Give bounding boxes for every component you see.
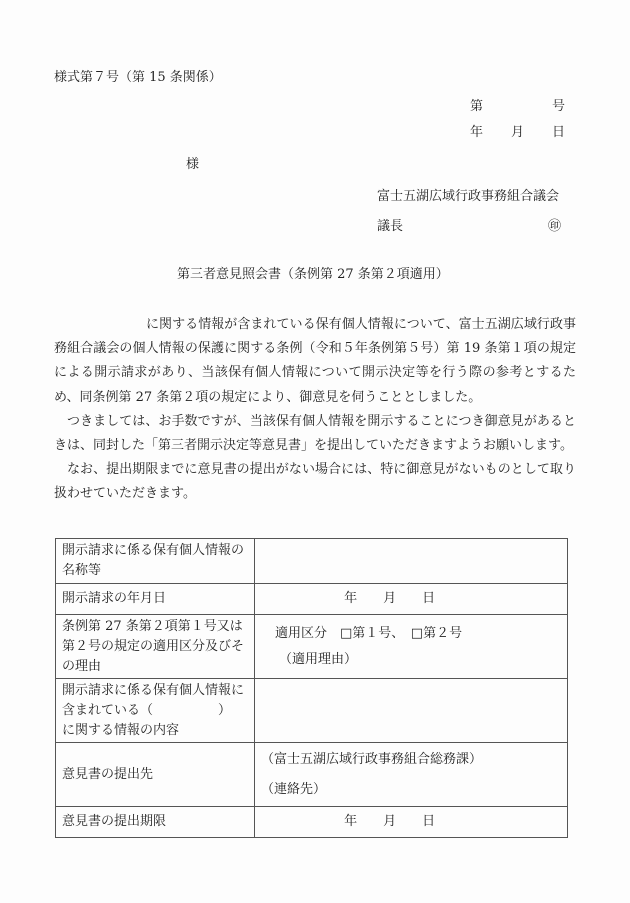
row-value[interactable]: 年 月 日 bbox=[255, 807, 568, 838]
row-value[interactable]: （富士五湖広域行政事務組合総務課） （連絡先） bbox=[255, 743, 568, 807]
table-row: 意見書の提出先 （富士五湖広域行政事務組合総務課） （連絡先） bbox=[56, 743, 568, 807]
row-label: 開示請求に係る保有個人情報の名称等 bbox=[56, 539, 255, 584]
row-label: 開示請求の年月日 bbox=[56, 584, 255, 615]
date-day: 日 bbox=[552, 125, 565, 141]
submission-office: （富士五湖広域行政事務組合総務課） bbox=[261, 750, 561, 770]
paragraph-2: つきましては、お手数ですが、当該保有個人情報を開示することにつき御意見があるとき… bbox=[54, 410, 576, 458]
row-value[interactable]: 年 月 日 bbox=[255, 584, 568, 615]
table-row: 開示請求に係る保有個人情報の名称等 bbox=[56, 539, 568, 584]
row-value[interactable]: 適用区分 □第１号、 □第２号 （適用理由） bbox=[255, 615, 568, 679]
row-label: 意見書の提出先 bbox=[56, 743, 255, 807]
row-value[interactable] bbox=[255, 679, 568, 743]
table-row: 条例第 27 条第２項第１号又は第２号の規定の適用区分及びその理由 適用区分 □… bbox=[56, 615, 568, 679]
table-row: 開示請求の年月日 年 月 日 bbox=[56, 584, 568, 615]
row-value[interactable] bbox=[255, 539, 568, 584]
form-id: 様式第７号（第 15 条関係） bbox=[54, 70, 222, 86]
addressee: 様 bbox=[186, 157, 199, 173]
row-label: 条例第 27 条第２項第１号又は第２号の規定の適用区分及びその理由 bbox=[56, 615, 255, 679]
body-text: に関する情報が含まれている保有個人情報について、富士五湖広域行政事務組合議会の個… bbox=[54, 313, 576, 507]
row-label: 開示請求に係る保有個人情報に 含まれている（ ） に関する情報の内容 bbox=[56, 679, 255, 743]
paragraph-3: なお、提出期限までに意見書の提出がない場合には、特に御意見がないものとして取り扱… bbox=[54, 458, 576, 506]
contact-info: （連絡先） bbox=[261, 780, 561, 800]
applicable-category[interactable]: 適用区分 □第１号、 □第２号 bbox=[261, 624, 561, 644]
row-label: 意見書の提出期限 bbox=[56, 807, 255, 838]
sender-organization: 富士五湖広域行政事務組合議会 bbox=[377, 189, 559, 205]
table-row: 開示請求に係る保有個人情報に 含まれている（ ） に関する情報の内容 bbox=[56, 679, 568, 743]
info-table: 開示請求に係る保有個人情報の名称等 開示請求の年月日 年 月 日 条例第 27 … bbox=[55, 538, 568, 838]
number-prefix: 第 bbox=[470, 99, 483, 115]
sender-title: 議長 bbox=[377, 219, 403, 235]
document-title: 第三者意見照会書（条例第 27 条第２項適用） bbox=[177, 267, 449, 283]
number-suffix: 号 bbox=[552, 99, 565, 115]
paragraph-1: に関する情報が含まれている保有個人情報について、富士五湖広域行政事務組合議会の個… bbox=[54, 313, 576, 410]
date-year: 年 bbox=[470, 125, 483, 141]
date-month: 月 bbox=[511, 125, 524, 141]
seal-mark: ㊞ bbox=[548, 219, 561, 235]
table-row: 意見書の提出期限 年 月 日 bbox=[56, 807, 568, 838]
applicable-reason: （適用理由） bbox=[261, 650, 561, 670]
